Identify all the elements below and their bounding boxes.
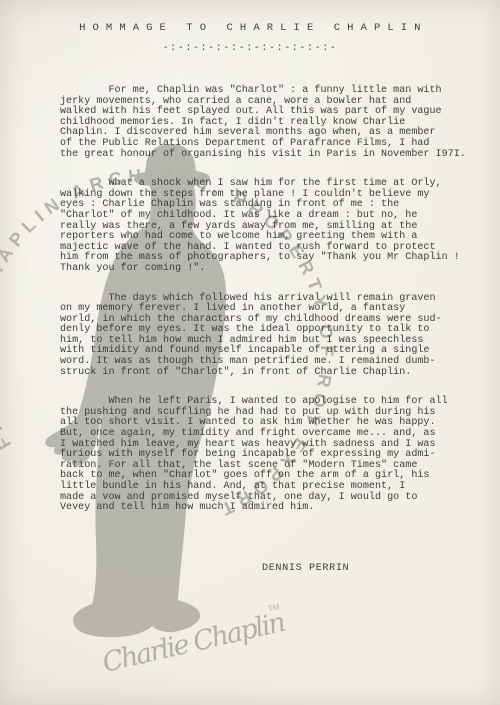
page-title: H O M M A G E T O C H A R L I E C H A P … (0, 22, 500, 34)
document-page: FROM THE CHAPLIN ARCHIVES, PROPERTY OF R… (0, 0, 500, 705)
paragraph-1: For me, Chaplin was "Charlot" : a funny … (60, 86, 460, 160)
paragraph-4: When he left Paris, I wanted to apologis… (60, 397, 460, 514)
letter-body: For me, Chaplin was "Charlot" : a funny … (60, 86, 460, 533)
author-signature: DENNIS PERRIN (262, 563, 349, 574)
paragraph-3: The days which followed his arrival will… (60, 294, 460, 379)
paragraph-2: What a shock when I saw him for the firs… (60, 179, 460, 274)
title-divider: -:-:-:-:-:-:-:-:-:-:-:- (0, 43, 500, 54)
